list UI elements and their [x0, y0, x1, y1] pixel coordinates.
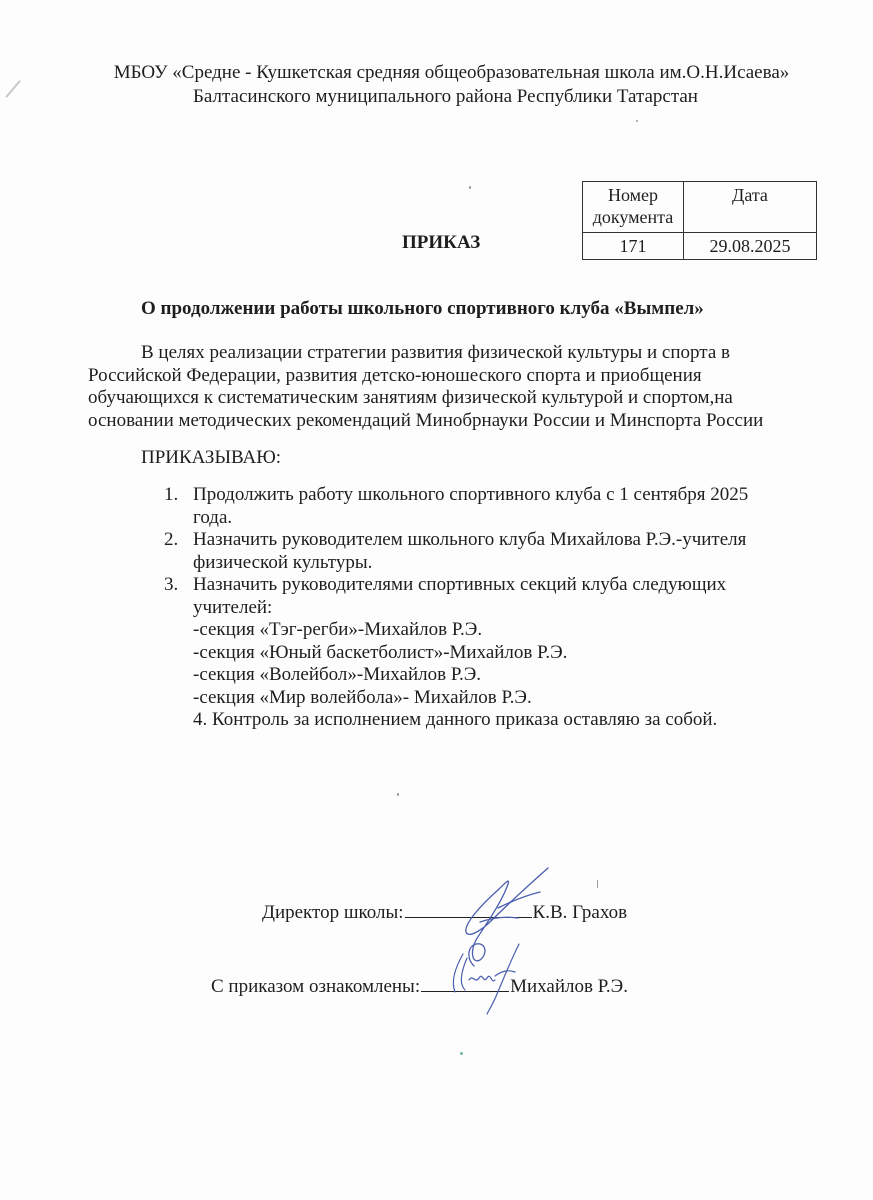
meta-header-date: Дата: [684, 182, 817, 233]
preamble-line: В целях реализации стратегии развития фи…: [88, 342, 808, 365]
acknowledgement-label: С приказом ознакомлены:: [211, 976, 420, 997]
meta-table-header-row: Номер документа Дата: [583, 182, 817, 233]
order-item-3: 3. Назначить руководителями спортивных с…: [164, 574, 814, 619]
director-label: Директор школы:: [262, 902, 404, 923]
item-number: 1.: [164, 484, 178, 507]
item-text-line: года.: [193, 507, 814, 530]
signature-line: [405, 916, 532, 918]
item-text-line: учителей:: [193, 597, 814, 620]
school-name-line-2: Балтасинского муниципального района Респ…: [18, 86, 873, 108]
document-meta-table: Номер документа Дата 171 29.08.2025: [582, 181, 817, 260]
order-title: ПРИКАЗ: [402, 232, 480, 254]
signature-line: [421, 990, 509, 992]
director-signature-row: Директор школы:К.В. Грахов: [262, 902, 627, 924]
preamble-line: обучающихся к систематическим занятиям ф…: [88, 387, 808, 410]
scan-mark: [460, 1052, 463, 1055]
scan-mark: [636, 120, 638, 122]
meta-table-value-row: 171 29.08.2025: [583, 233, 817, 260]
preamble-paragraph: В целях реализации стратегии развития фи…: [88, 342, 808, 432]
document-number: 171: [583, 233, 684, 260]
decree-heading: ПРИКАЗЫВАЮ:: [141, 447, 281, 469]
item-number: 3.: [164, 574, 178, 597]
item-text-line: Назначить руководителями спортивных секц…: [193, 574, 814, 597]
order-subject: О продолжении работы школьного спортивно…: [141, 298, 704, 320]
acknowledgement-signature-row: С приказом ознакомлены:Михайлов Р.Э.: [211, 976, 628, 998]
club-sections-list: -секция «Тэг-регби»-Михайлов Р.Э. -секци…: [164, 619, 814, 709]
club-section-entry: -секция «Юный баскетболист»-Михайлов Р.Э…: [193, 642, 814, 665]
item-text-line: Назначить руководителем школьного клуба …: [193, 529, 814, 552]
scan-mark: [597, 880, 598, 888]
club-section-entry: -секция «Мир волейбола»- Михайлов Р.Э.: [193, 687, 814, 710]
scan-mark: [397, 793, 399, 796]
meta-header-line: Дата: [688, 184, 812, 206]
preamble-line: основании методических рекомендаций Мино…: [88, 410, 808, 433]
scan-mark: [469, 186, 471, 189]
item-text-line: Продолжить работу школьного спортивного …: [193, 484, 814, 507]
meta-header-line: Номер: [587, 184, 679, 206]
order-items-list: 1. Продолжить работу школьного спортивно…: [164, 484, 814, 732]
meta-header-doc-number: Номер документа: [583, 182, 684, 233]
order-item-1: 1. Продолжить работу школьного спортивно…: [164, 484, 814, 529]
document-date: 29.08.2025: [684, 233, 817, 260]
item-number: 2.: [164, 529, 178, 552]
club-section-entry: -секция «Волейбол»-Михайлов Р.Э.: [193, 664, 814, 687]
meta-header-line: документа: [587, 206, 679, 228]
order-item-2: 2. Назначить руководителем школьного клу…: [164, 529, 814, 574]
item-text-line: физической культуры.: [193, 552, 814, 575]
order-item-4: 4. Контроль за исполнением данного прика…: [164, 709, 814, 732]
club-section-entry: -секция «Тэг-регби»-Михайлов Р.Э.: [193, 619, 814, 642]
document-page: МБОУ «Средне - Кушкетская средняя общеоб…: [0, 0, 873, 1200]
acknowledged-name: Михайлов Р.Э.: [510, 976, 628, 997]
school-name-line-1: МБОУ «Средне - Кушкетская средняя общеоб…: [30, 62, 873, 84]
director-name: К.В. Грахов: [533, 902, 628, 923]
preamble-line: Российской Федерации, развития детско-юн…: [88, 365, 808, 388]
